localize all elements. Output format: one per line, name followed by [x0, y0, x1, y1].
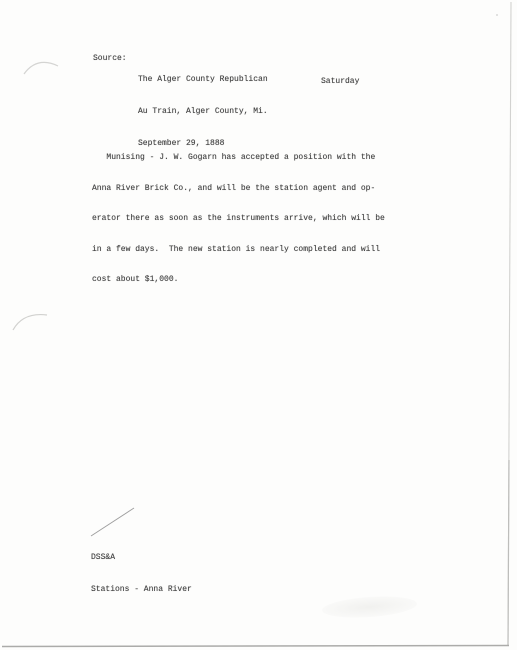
article-line: Munising - J. W. Gogarn has accepted a p… [92, 153, 385, 163]
page-edge-bottom [2, 646, 509, 647]
article-line: Anna River Brick Co., and will be the st… [92, 184, 385, 194]
weekday-label: Saturday [321, 77, 359, 88]
stations-label: Stations - Anna River [91, 585, 192, 596]
pencil-arc-mark-middle [13, 315, 47, 330]
article-line: erator there as soon as the instruments … [92, 214, 385, 224]
pencil-arc-mark-top [24, 62, 58, 74]
index-footer: DSS&A Stations - Anna River [91, 532, 192, 617]
article-line: cost about $1,000. [92, 275, 385, 285]
publication-line: The Alger County Republican [138, 75, 268, 86]
source-label: Source: [93, 54, 127, 65]
location-line: Au Train, Alger County, Mi. [138, 107, 268, 118]
smudge-mark [321, 594, 417, 621]
article-line: in a few days. The new station is nearly… [92, 245, 385, 255]
article-paragraph: Munising - J. W. Gogarn has accepted a p… [92, 133, 385, 306]
railroad-abbreviation: DSS&A [91, 553, 192, 564]
speck-mark [496, 14, 498, 16]
scanned-document-page: Source: The Alger County Republican Au T… [0, 0, 517, 650]
page-edge-right [508, 2, 511, 645]
page-edge-right-lower [508, 460, 509, 645]
